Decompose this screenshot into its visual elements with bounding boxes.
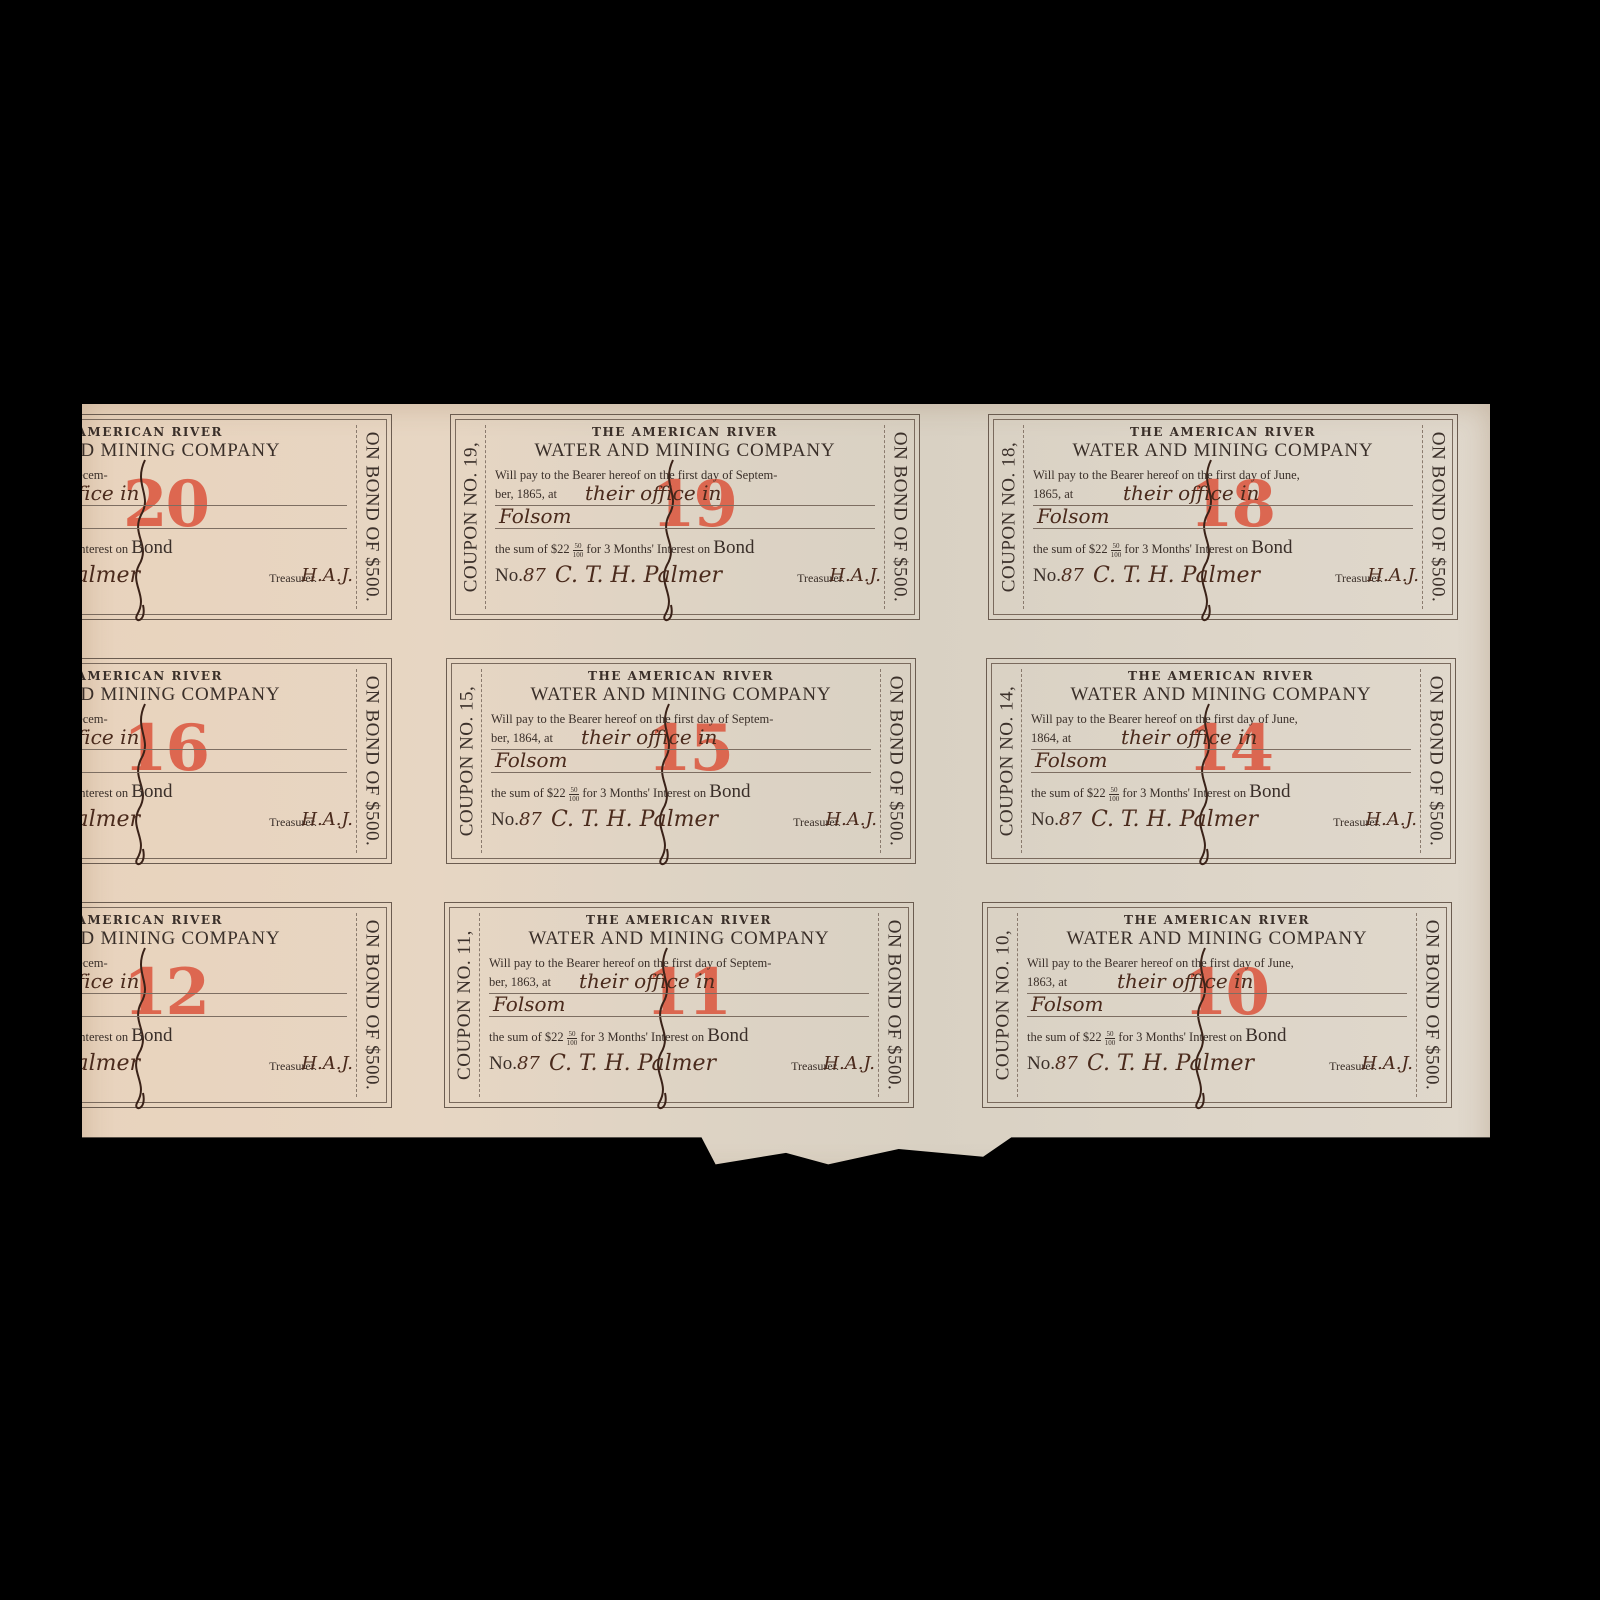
treasurer-signature: C. T. H. Palmer xyxy=(1091,807,1258,832)
company-line-2: WATER AND MINING COMPANY xyxy=(0,928,347,950)
payment-city-line: Folsom xyxy=(0,750,347,773)
sum-line: the sum of $22 50100 for 3 Months' Inter… xyxy=(0,537,347,559)
coupon-sheet: ON BOND OF $500. 20 THE AMERICAN RIVER W… xyxy=(82,404,1490,1176)
company-line-2: WATER AND MINING COMPANY xyxy=(489,928,869,950)
bond-amount-label: ON BOND OF $500. xyxy=(356,425,385,609)
payment-city-line: Folsom xyxy=(495,506,875,529)
coupon-16: ON BOND OF $500. 16 THE AMERICAN RIVER W… xyxy=(0,658,392,864)
treasurer-signature: C. T. H. Palmer xyxy=(0,807,140,832)
treasurer-signature: C. T. H. Palmer xyxy=(0,1051,140,1076)
payment-city-line: Folsom xyxy=(491,750,871,773)
signature-line: No.87 C. T. H. Palmer Treasurer. H.A.J. xyxy=(489,1051,869,1077)
handwritten-city: Folsom xyxy=(1035,748,1108,772)
initials: H.A.J. xyxy=(823,1053,875,1074)
company-line-1: THE AMERICAN RIVER xyxy=(491,669,871,683)
signature-line: No.87 C. T. H. Palmer Treasurer. H.A.J. xyxy=(1033,563,1413,589)
handwritten-place: their office in xyxy=(1121,725,1257,749)
signature-line: No.87 C. T. H. Palmer Treasurer. H.A.J. xyxy=(0,563,347,589)
payment-city-line: Folsom xyxy=(0,994,347,1017)
coupon-number-label: COUPON NO. 10, xyxy=(989,913,1018,1097)
coupon-19: COUPON NO. 19, ON BOND OF $500. 19 THE A… xyxy=(450,414,920,620)
fraction: 50100 xyxy=(1111,542,1122,559)
signature-line: No.87 C. T. H. Palmer Treasurer. H.A.J. xyxy=(1031,807,1411,833)
coupon-number-label: COUPON NO. 18, xyxy=(995,425,1024,609)
payment-year: 1863, at xyxy=(1027,975,1067,990)
handwritten-place: their office in xyxy=(581,725,717,749)
payment-place-line: ber, 1865, at their office in xyxy=(495,483,875,506)
sum-line: the sum of $22 50100 for 3 Months' Inter… xyxy=(0,781,347,803)
coupon-12: ON BOND OF $500. 12 THE AMERICAN RIVER W… xyxy=(0,902,392,1108)
bond-number: No.87 xyxy=(1031,809,1082,831)
fraction: 50100 xyxy=(1109,786,1120,803)
company-line-2: WATER AND MINING COMPANY xyxy=(1033,440,1413,462)
fraction: 50100 xyxy=(0,542,1,559)
fraction: 50100 xyxy=(1105,1030,1116,1047)
sum-line: the sum of $22 50100 for 3 Months' Inter… xyxy=(491,781,871,803)
initials: H.A.J. xyxy=(301,1053,353,1074)
bond-amount-label: ON BOND OF $500. xyxy=(1416,913,1445,1097)
coupon-number-label: COUPON NO. 15, xyxy=(453,669,482,853)
handwritten-place: their office in xyxy=(1123,481,1259,505)
coupon-20: ON BOND OF $500. 20 THE AMERICAN RIVER W… xyxy=(0,414,392,620)
bond-amount-label: ON BOND OF $500. xyxy=(884,425,913,609)
signature-line: No.87 C. T. H. Palmer Treasurer. H.A.J. xyxy=(1027,1051,1407,1077)
coupon-body: THE AMERICAN RIVER WATER AND MINING COMP… xyxy=(1027,913,1407,1099)
coupon-body: THE AMERICAN RIVER WATER AND MINING COMP… xyxy=(495,425,875,611)
coupon-body: THE AMERICAN RIVER WATER AND MINING COMP… xyxy=(489,913,869,1099)
coupon-14: COUPON NO. 14, ON BOND OF $500. 14 THE A… xyxy=(986,658,1456,864)
signature-line: No.87 C. T. H. Palmer Treasurer. H.A.J. xyxy=(0,1051,347,1077)
company-line-1: THE AMERICAN RIVER xyxy=(1027,913,1407,927)
payment-place-line: ber, 1863, at their office in xyxy=(489,971,869,994)
payment-place-line: ber, 1864, at their office in xyxy=(491,727,871,750)
initials: H.A.J. xyxy=(829,565,881,586)
payment-place-line: 1865, at their office in xyxy=(1033,483,1413,506)
fraction: 50100 xyxy=(0,1030,1,1047)
company-line-2: WATER AND MINING COMPANY xyxy=(0,440,347,462)
handwritten-city: Folsom xyxy=(495,748,568,772)
signature-line: No.87 C. T. H. Palmer Treasurer. H.A.J. xyxy=(495,563,875,589)
fraction: 50100 xyxy=(0,786,1,803)
coupon-18: COUPON NO. 18, ON BOND OF $500. 18 THE A… xyxy=(988,414,1458,620)
company-line-2: WATER AND MINING COMPANY xyxy=(495,440,875,462)
bond-number: No.87 xyxy=(491,809,542,831)
treasurer-signature: C. T. H. Palmer xyxy=(1093,563,1260,588)
company-line-2: WATER AND MINING COMPANY xyxy=(1031,684,1411,706)
coupon-15: COUPON NO. 15, ON BOND OF $500. 15 THE A… xyxy=(446,658,916,864)
initials: H.A.J. xyxy=(301,809,353,830)
payment-city-line: Folsom xyxy=(489,994,869,1017)
bond-number: No.87 xyxy=(495,565,546,587)
pay-terms: earer hereof on the first day of Decem- xyxy=(0,468,347,483)
company-line-1: THE AMERICAN RIVER xyxy=(0,669,347,683)
company-line-1: THE AMERICAN RIVER xyxy=(489,913,869,927)
initials: H.A.J. xyxy=(1367,565,1419,586)
handwritten-place: their office in xyxy=(1117,969,1253,993)
payment-place-line: their office in xyxy=(0,971,347,994)
coupon-number-label: COUPON NO. 11, xyxy=(451,913,480,1097)
coupon-body: THE AMERICAN RIVER WATER AND MINING COMP… xyxy=(491,669,871,855)
company-line-1: THE AMERICAN RIVER xyxy=(1031,669,1411,683)
sum-line: the sum of $22 50100 for 3 Months' Inter… xyxy=(495,537,875,559)
treasurer-signature: C. T. H. Palmer xyxy=(1087,1051,1254,1076)
bond-amount-label: ON BOND OF $500. xyxy=(1420,669,1449,853)
coupon-number-label: COUPON NO. 19, xyxy=(457,425,486,609)
payment-year: ber, 1863, at xyxy=(489,975,551,990)
bond-amount-label: ON BOND OF $500. xyxy=(880,669,909,853)
handwritten-city: Folsom xyxy=(1031,992,1104,1016)
handwritten-city: Folsom xyxy=(1037,504,1110,528)
pay-terms: earer hereof on the first day of Decem- xyxy=(0,956,347,971)
payment-city-line: Folsom xyxy=(1027,994,1407,1017)
company-line-1: THE AMERICAN RIVER xyxy=(1033,425,1413,439)
company-line-1: THE AMERICAN RIVER xyxy=(0,425,347,439)
sum-line: the sum of $22 50100 for 3 Months' Inter… xyxy=(489,1025,869,1047)
handwritten-place: their office in xyxy=(3,725,139,749)
payment-place-line: 1863, at their office in xyxy=(1027,971,1407,994)
company-line-1: THE AMERICAN RIVER xyxy=(0,913,347,927)
handwritten-place: their office in xyxy=(585,481,721,505)
fraction: 50100 xyxy=(569,786,580,803)
treasurer-signature: C. T. H. Palmer xyxy=(549,1051,716,1076)
coupon-body: THE AMERICAN RIVER WATER AND MINING COMP… xyxy=(1033,425,1413,611)
treasurer-signature: C. T. H. Palmer xyxy=(555,563,722,588)
initials: H.A.J. xyxy=(1365,809,1417,830)
coupon-11: COUPON NO. 11, ON BOND OF $500. 11 THE A… xyxy=(444,902,914,1108)
fraction: 50100 xyxy=(573,542,584,559)
handwritten-place: their office in xyxy=(579,969,715,993)
bond-amount-label: ON BOND OF $500. xyxy=(878,913,907,1097)
bond-amount-label: ON BOND OF $500. xyxy=(356,913,385,1097)
handwritten-city: Folsom xyxy=(493,992,566,1016)
initials: H.A.J. xyxy=(1361,1053,1413,1074)
company-line-1: THE AMERICAN RIVER xyxy=(495,425,875,439)
payment-city-line: Folsom xyxy=(1033,506,1413,529)
handwritten-place: their office in xyxy=(3,481,139,505)
payment-city-line: Folsom xyxy=(0,506,347,529)
fraction: 50100 xyxy=(567,1030,578,1047)
sum-line: the sum of $22 50100 for 3 Months' Inter… xyxy=(1027,1025,1407,1047)
treasurer-signature: C. T. H. Palmer xyxy=(551,807,718,832)
payment-year: 1865, at xyxy=(1033,487,1073,502)
bond-number: No.87 xyxy=(489,1053,540,1075)
payment-year: 1864, at xyxy=(1031,731,1071,746)
payment-year: ber, 1865, at xyxy=(495,487,557,502)
coupon-body: THE AMERICAN RIVER WATER AND MINING COMP… xyxy=(0,669,347,855)
sum-line: the sum of $22 50100 for 3 Months' Inter… xyxy=(1031,781,1411,803)
payment-place-line: their office in xyxy=(0,727,347,750)
sum-line: the sum of $22 50100 for 3 Months' Inter… xyxy=(0,1025,347,1047)
company-line-2: WATER AND MINING COMPANY xyxy=(0,684,347,706)
coupon-body: THE AMERICAN RIVER WATER AND MINING COMP… xyxy=(0,425,347,611)
handwritten-place: their office in xyxy=(3,969,139,993)
payment-city-line: Folsom xyxy=(1031,750,1411,773)
signature-line: No.87 C. T. H. Palmer Treasurer. H.A.J. xyxy=(491,807,871,833)
payment-place-line: 1864, at their office in xyxy=(1031,727,1411,750)
company-line-2: WATER AND MINING COMPANY xyxy=(1027,928,1407,950)
signature-line: No.87 C. T. H. Palmer Treasurer. H.A.J. xyxy=(0,807,347,833)
sum-line: the sum of $22 50100 for 3 Months' Inter… xyxy=(1033,537,1413,559)
initials: H.A.J. xyxy=(301,565,353,586)
handwritten-city: Folsom xyxy=(499,504,572,528)
pay-terms: earer hereof on the first day of Decem- xyxy=(0,712,347,727)
bond-number: No.87 xyxy=(1027,1053,1078,1075)
coupon-number-label: COUPON NO. 14, xyxy=(993,669,1022,853)
bond-amount-label: ON BOND OF $500. xyxy=(1422,425,1451,609)
treasurer-signature: C. T. H. Palmer xyxy=(0,563,140,588)
payment-year: ber, 1864, at xyxy=(491,731,553,746)
coupon-body: THE AMERICAN RIVER WATER AND MINING COMP… xyxy=(1031,669,1411,855)
bond-amount-label: ON BOND OF $500. xyxy=(356,669,385,853)
coupon-body: THE AMERICAN RIVER WATER AND MINING COMP… xyxy=(0,913,347,1099)
company-line-2: WATER AND MINING COMPANY xyxy=(491,684,871,706)
payment-place-line: their office in xyxy=(0,483,347,506)
bond-number: No.87 xyxy=(1033,565,1084,587)
initials: H.A.J. xyxy=(825,809,877,830)
coupon-10: COUPON NO. 10, ON BOND OF $500. 10 THE A… xyxy=(982,902,1452,1108)
